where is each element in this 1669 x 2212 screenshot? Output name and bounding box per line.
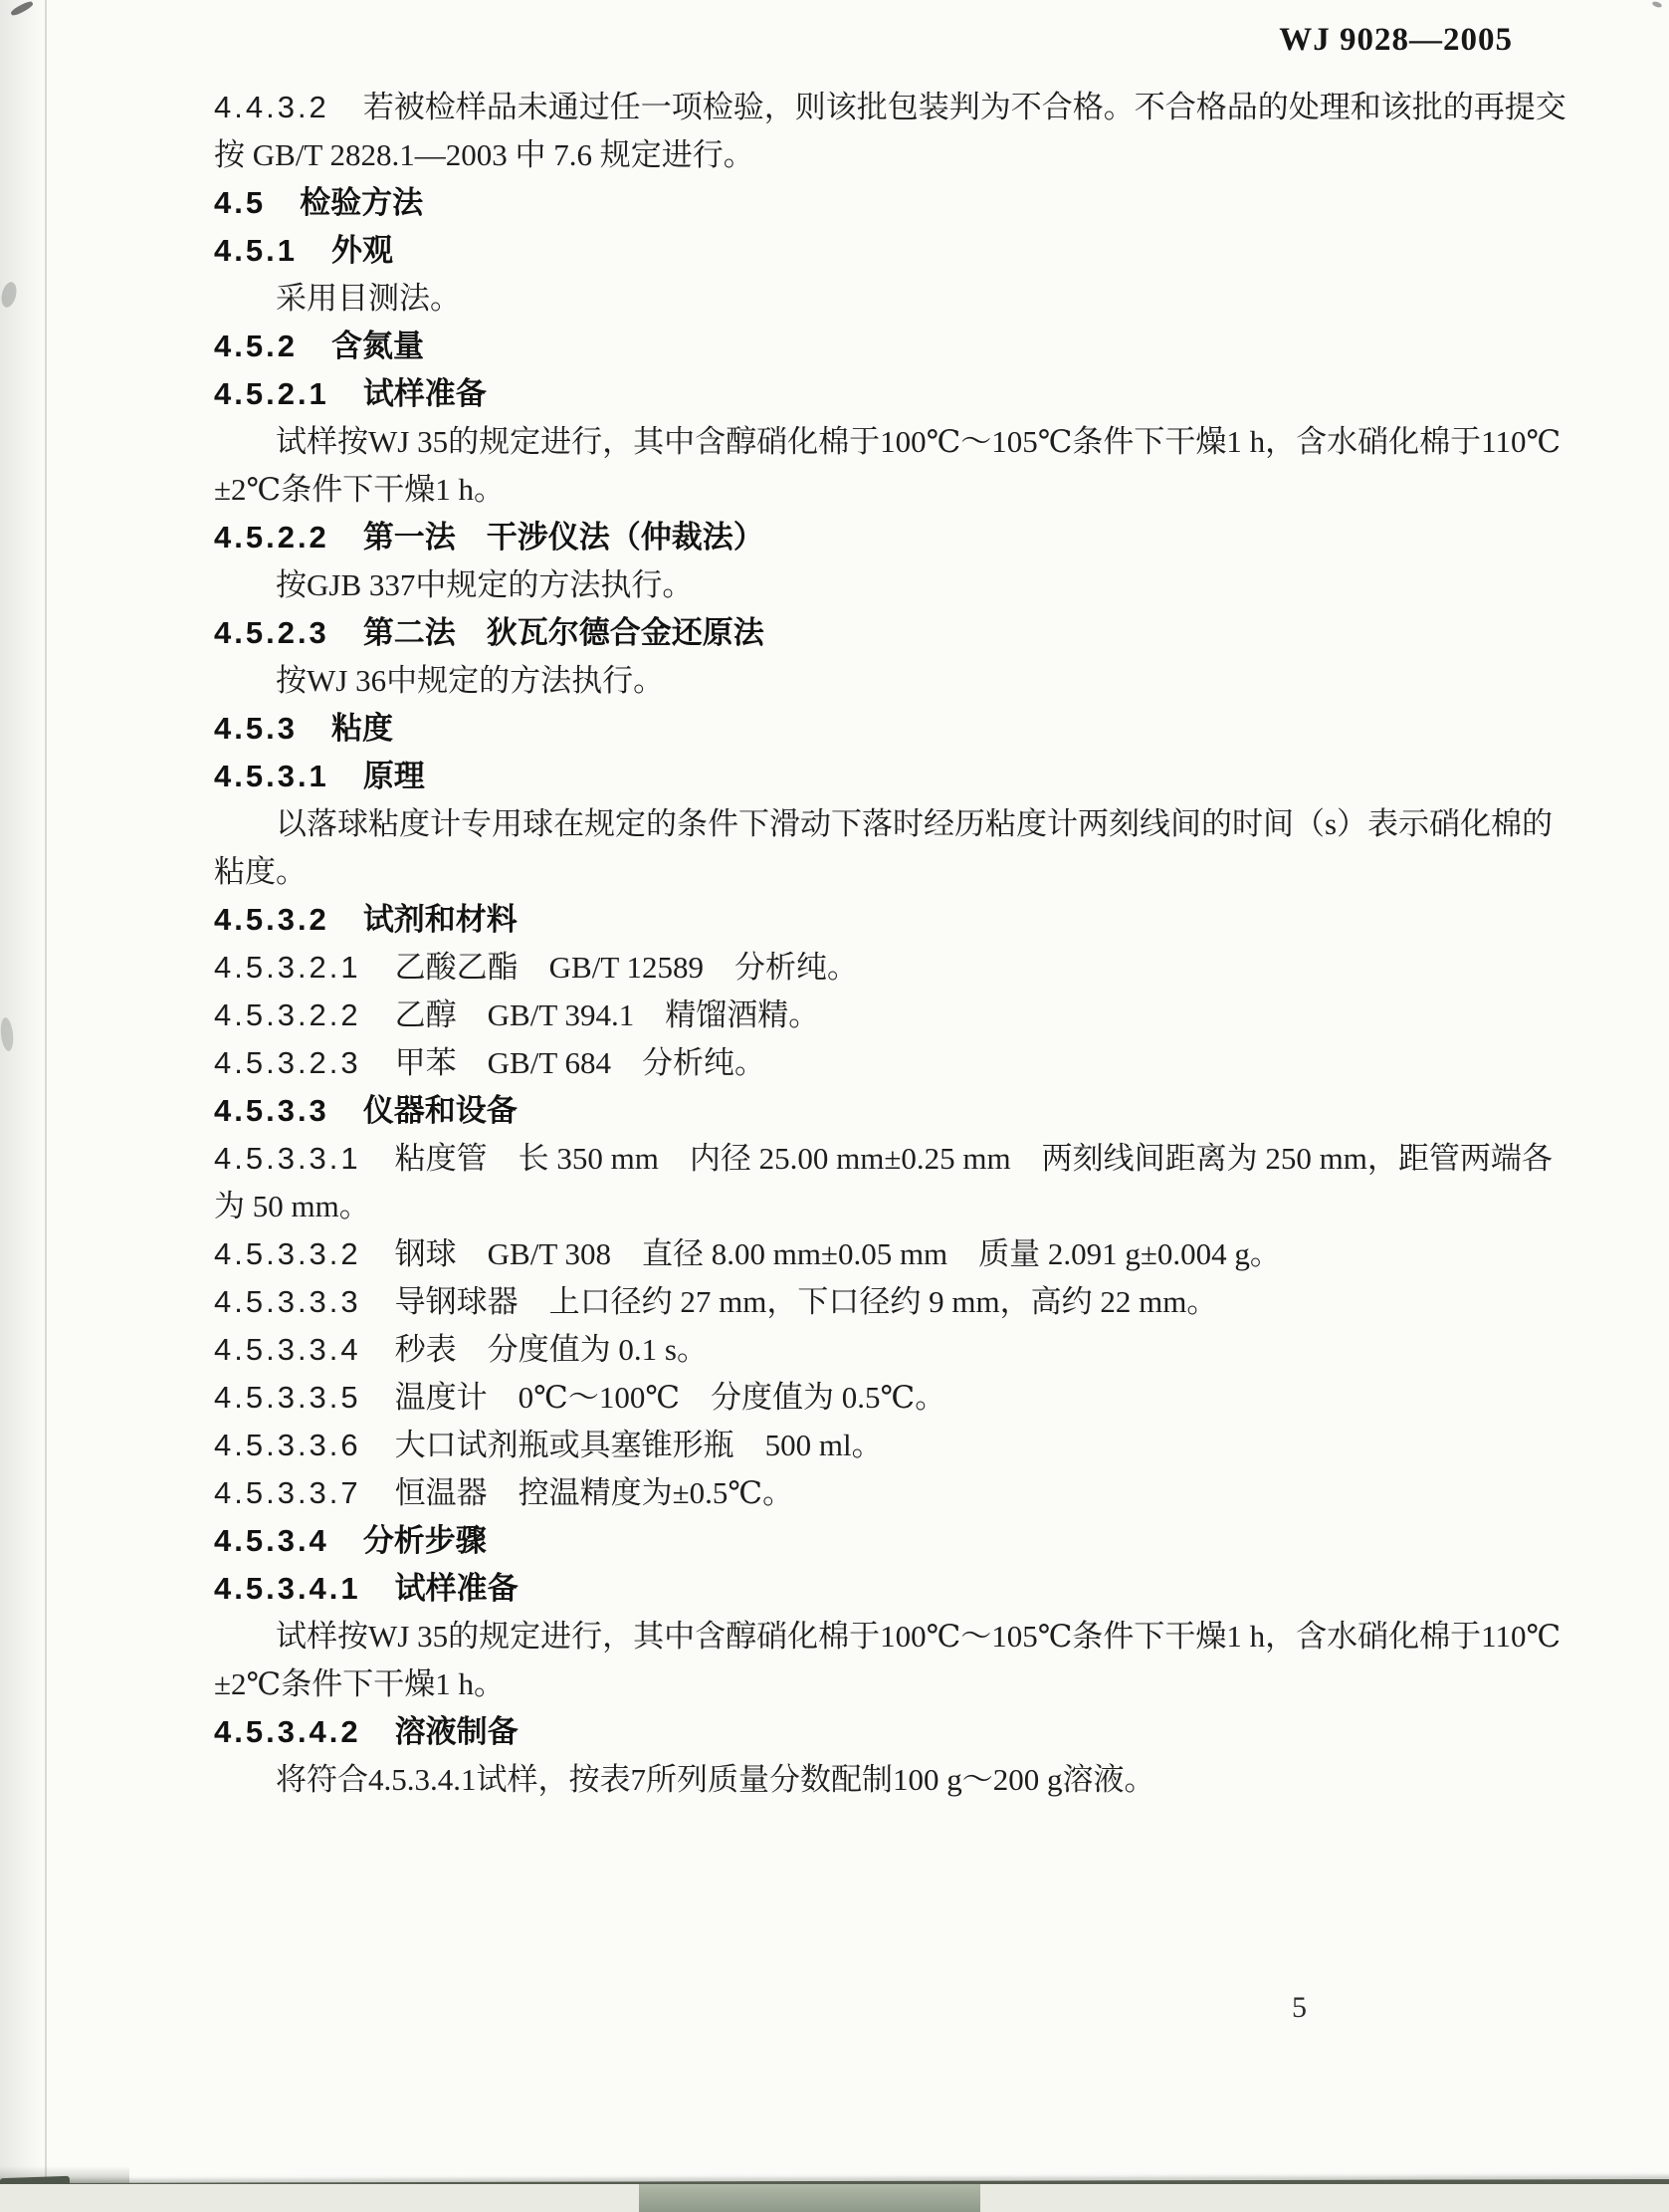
heading-4-5-3-1: 4.5.3.1原理: [214, 753, 1518, 800]
section-number: 4.5.3.3.6: [214, 1428, 361, 1462]
line-text: 粘度: [331, 711, 393, 746]
section-number: 4.5.3: [214, 711, 298, 746]
continuation-line: 粘度。: [214, 848, 1518, 896]
section-number: 4.5.3.3.3: [214, 1284, 361, 1319]
section-number: 4.5.3.2.3: [214, 1045, 361, 1080]
section-number: 4.5.2.1: [214, 376, 329, 411]
line-text: 按GJB 337中规定的方法执行。: [276, 567, 693, 602]
line-text: 检验方法: [300, 185, 423, 220]
clause-4-4-3-2: 4.4.3.2若被检样品未通过任一项检验，则该批包装判为不合格。不合格品的处理和…: [214, 84, 1518, 131]
heading-4-5-2-3: 4.5.2.3第二法 狄瓦尔德合金还原法: [214, 609, 1518, 657]
section-number: 4.5.3.3.7: [214, 1475, 361, 1510]
line-text: 大口试剂瓶或具塞锥形瓶 500 ml。: [395, 1428, 883, 1462]
heading-4-5-2-2: 4.5.2.2第一法 干涉仪法（仲裁法）: [214, 514, 1518, 561]
section-number: 4.5.3.2.1: [214, 950, 361, 985]
line-text: 含氮量: [331, 329, 424, 363]
paragraph-line: 将符合4.5.3.4.1试样，按表7所列质量分数配制100 g～200 g溶液。: [276, 1756, 1518, 1804]
line-text: 恒温器 控温精度为±0.5℃。: [395, 1475, 793, 1510]
heading-4-5-3-4-1: 4.5.3.4.1试样准备: [214, 1565, 1518, 1613]
line-text: 甲苯 GB/T 684 分析纯。: [395, 1045, 765, 1080]
heading-4-5-3-2: 4.5.3.2试剂和材料: [214, 896, 1518, 944]
scanner-bed-dark-bar: [639, 2184, 980, 2212]
heading-4-5: 4.5检验方法: [214, 179, 1518, 227]
line-text: 若被检样品未通过任一项检验，则该批包装判为不合格。不合格品的处理和该批的再提交: [363, 90, 1566, 124]
continuation-line: 为 50 mm。: [214, 1183, 1518, 1230]
line-text: 将符合4.5.3.4.1试样，按表7所列质量分数配制100 g～200 g溶液。: [276, 1762, 1155, 1797]
section-number: 4.4.3.2: [214, 90, 329, 124]
line-text: ±2℃条件下干燥1 h。: [214, 472, 505, 507]
clause-4-5-3-3-3: 4.5.3.3.3导钢球器 上口径约 27 mm，下口径约 9 mm，高约 22…: [214, 1278, 1518, 1326]
line-text: 钢球 GB/T 308 直径 8.00 mm±0.05 mm 质量 2.091 …: [395, 1236, 1281, 1271]
clause-4-5-3-2-1: 4.5.3.2.1乙酸乙酯 GB/T 12589 分析纯。: [214, 944, 1518, 992]
heading-4-5-3-4: 4.5.3.4分析步骤: [214, 1517, 1518, 1565]
clause-4-5-3-3-1: 4.5.3.3.1粘度管 长 350 mm 内径 25.00 mm±0.25 m…: [214, 1135, 1518, 1183]
heading-4-5-3-3: 4.5.3.3仪器和设备: [214, 1087, 1518, 1135]
line-text: 第二法 狄瓦尔德合金还原法: [363, 615, 764, 650]
line-text: 外观: [331, 233, 393, 268]
section-number: 4.5.2.3: [214, 615, 329, 650]
section-number: 4.5.1: [214, 233, 298, 268]
clause-4-5-3-3-6: 4.5.3.3.6大口试剂瓶或具塞锥形瓶 500 ml。: [214, 1422, 1518, 1469]
line-text: ±2℃条件下干燥1 h。: [214, 1666, 505, 1701]
paragraph-line: 采用目测法。: [276, 275, 1518, 323]
heading-4-5-2: 4.5.2含氮量: [214, 323, 1518, 370]
section-number: 4.5.3.3.2: [214, 1236, 361, 1271]
line-text: 仪器和设备: [363, 1093, 518, 1128]
paragraph-line: 试样按WJ 35的规定进行，其中含醇硝化棉于100℃～105℃条件下干燥1 h，…: [276, 418, 1518, 466]
line-text: 第一法 干涉仪法（仲裁法）: [363, 520, 764, 554]
line-text: 以落球粘度计专用球在规定的条件下滑动下落时经历粘度计两刻线间的时间（s）表示硝化…: [276, 806, 1553, 841]
section-number: 4.5.3.1: [214, 759, 329, 793]
heading-4-5-2-1: 4.5.2.1试样准备: [214, 370, 1518, 418]
line-text: 试样准备: [363, 376, 487, 411]
section-number: 4.5.3.4.1: [214, 1571, 361, 1606]
line-text: 粘度。: [214, 854, 307, 889]
section-number: 4.5: [214, 185, 266, 220]
heading-4-5-3-4-2: 4.5.3.4.2溶液制备: [214, 1708, 1518, 1756]
section-number: 4.5.3.3.4: [214, 1332, 361, 1367]
paragraph-line: 按WJ 36中规定的方法执行。: [276, 657, 1518, 705]
line-text: 按WJ 36中规定的方法执行。: [276, 663, 664, 698]
clause-4-5-3-2-3: 4.5.3.2.3甲苯 GB/T 684 分析纯。: [214, 1039, 1518, 1087]
section-number: 4.5.3.3: [214, 1093, 329, 1128]
line-text: 粘度管 长 350 mm 内径 25.00 mm±0.25 mm 两刻线间距离为…: [395, 1141, 1553, 1176]
continuation-line: 按 GB/T 2828.1—2003 中 7.6 规定进行。: [214, 131, 1518, 179]
section-number: 4.5.2: [214, 329, 298, 363]
continuation-line: ±2℃条件下干燥1 h。: [214, 466, 1518, 514]
clause-4-5-3-3-2: 4.5.3.3.2钢球 GB/T 308 直径 8.00 mm±0.05 mm …: [214, 1230, 1518, 1278]
paragraph-line: 按GJB 337中规定的方法执行。: [276, 561, 1518, 609]
page-number: 5: [1292, 1991, 1307, 2025]
line-text: 试样准备: [395, 1571, 519, 1606]
heading-4-5-3: 4.5.3粘度: [214, 705, 1518, 753]
clause-4-5-3-2-2: 4.5.3.2.2乙醇 GB/T 394.1 精馏酒精。: [214, 992, 1518, 1039]
line-text: 试样按WJ 35的规定进行，其中含醇硝化棉于100℃～105℃条件下干燥1 h，…: [276, 424, 1561, 459]
scanned-page: WJ 9028—2005 4.4.3.2若被检样品未通过任一项检验，则该批包装判…: [0, 0, 1669, 2184]
section-number: 4.5.3.2.2: [214, 997, 361, 1032]
clause-4-5-3-3-5: 4.5.3.3.5温度计 0℃～100℃ 分度值为 0.5℃。: [214, 1374, 1518, 1422]
document-body: 4.4.3.2若被检样品未通过任一项检验，则该批包装判为不合格。不合格品的处理和…: [214, 84, 1518, 1804]
line-text: 乙酸乙酯 GB/T 12589 分析纯。: [395, 950, 858, 985]
section-number: 4.5.2.2: [214, 520, 329, 554]
section-number: 4.5.3.3.1: [214, 1141, 361, 1176]
line-text: 原理: [363, 759, 425, 793]
continuation-line: ±2℃条件下干燥1 h。: [214, 1660, 1518, 1708]
line-text: 秒表 分度值为 0.1 s。: [395, 1332, 708, 1367]
clause-4-5-3-3-4: 4.5.3.3.4秒表 分度值为 0.1 s。: [214, 1326, 1518, 1374]
paragraph-line: 以落球粘度计专用球在规定的条件下滑动下落时经历粘度计两刻线间的时间（s）表示硝化…: [276, 800, 1518, 848]
section-number: 4.5.3.4: [214, 1523, 329, 1558]
line-text: 试剂和材料: [363, 902, 518, 937]
line-text: 采用目测法。: [276, 281, 461, 316]
line-text: 导钢球器 上口径约 27 mm，下口径约 9 mm，高约 22 mm。: [395, 1284, 1218, 1319]
line-text: 试样按WJ 35的规定进行，其中含醇硝化棉于100℃～105℃条件下干燥1 h，…: [276, 1619, 1561, 1654]
line-text: 按 GB/T 2828.1—2003 中 7.6 规定进行。: [214, 137, 754, 172]
line-text: 温度计 0℃～100℃ 分度值为 0.5℃。: [395, 1380, 946, 1415]
paragraph-line: 试样按WJ 35的规定进行，其中含醇硝化棉于100℃～105℃条件下干燥1 h，…: [276, 1613, 1518, 1660]
clause-4-5-3-3-7: 4.5.3.3.7恒温器 控温精度为±0.5℃。: [214, 1469, 1518, 1517]
scan-artifact: [1651, 0, 1662, 8]
section-number: 4.5.3.3.5: [214, 1380, 361, 1415]
section-number: 4.5.3.2: [214, 902, 329, 937]
line-text: 分析步骤: [363, 1523, 487, 1558]
line-text: 乙醇 GB/T 394.1 精馏酒精。: [395, 997, 820, 1032]
scan-left-band: [0, 0, 46, 2184]
line-text: 溶液制备: [395, 1714, 519, 1749]
line-text: 为 50 mm。: [214, 1189, 370, 1223]
standard-code: WJ 9028—2005: [1279, 22, 1513, 59]
scan-crease-line: [45, 0, 47, 2184]
heading-4-5-1: 4.5.1外观: [214, 227, 1518, 275]
section-number: 4.5.3.4.2: [214, 1714, 361, 1749]
